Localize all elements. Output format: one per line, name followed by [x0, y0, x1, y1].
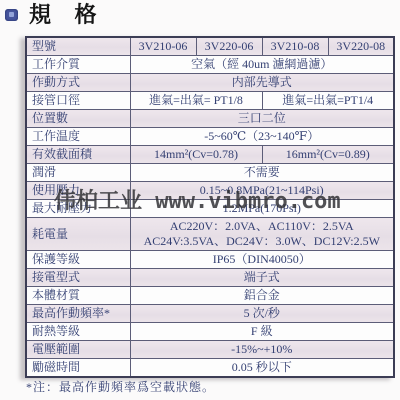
spec-row-label: 電壓範圍	[26, 341, 130, 359]
spec-row: 耗電量AC220V：2.0VA、AC110V：2.5VA AC24V:3.5VA…	[26, 218, 394, 251]
spec-row: 電壓範圍-15%~+10%	[26, 341, 394, 359]
spec-table: 型號3V210-063V220-063V210-083V220-08工作介質空氣…	[25, 36, 395, 378]
spec-row-label: 位置數	[26, 110, 130, 128]
spec-row: 使用壓力0.15~0.8MPa(21~114Psi)	[26, 182, 394, 200]
footnote: *注：最高作動頻率爲空載狀態。	[26, 378, 215, 395]
spec-row: 接管口徑進氣=出氣= PT1/8進氣=出氣=PT1/4	[26, 92, 394, 110]
spec-value-cell: -5~60℃（23~140℉）	[130, 128, 394, 146]
spec-value-cell: 3V220-08	[328, 37, 394, 56]
spec-row: 工作介質空氣（經 40um 濾網過濾）	[26, 56, 394, 74]
spec-value-cell: 3V210-08	[262, 37, 328, 56]
spec-row-label: 使用壓力	[26, 182, 130, 200]
spec-value-cell: 3V210-06	[130, 37, 196, 56]
section-bullet-icon	[5, 9, 18, 21]
spec-value-cell: 不需要	[130, 164, 394, 182]
section-title: 規 格	[29, 2, 106, 28]
section-header: 規 格	[5, 2, 106, 28]
spec-row: 耐熱等級F 級	[26, 323, 394, 341]
spec-row: 有效截面積14mm²(Cv=0.78)16mm²(Cv=0.89)	[26, 146, 394, 164]
spec-value-cell: 内部先導式	[130, 74, 394, 92]
spec-value-cell: 0.15~0.8MPa(21~114Psi)	[130, 182, 394, 200]
spec-row: 最大耐壓力1.2MPa(170Psi)	[26, 200, 394, 218]
spec-row-label: 作動方式	[26, 74, 130, 92]
spec-value-cell: 1.2MPa(170Psi)	[130, 200, 394, 218]
spec-row: 位置數三口二位	[26, 110, 394, 128]
spec-value-cell: 三口二位	[130, 110, 394, 128]
spec-row-label: 型號	[26, 37, 130, 56]
spec-row: 潤滑不需要	[26, 164, 394, 182]
spec-row-label: 有效截面積	[26, 146, 130, 164]
spec-row: 最高作動頻率*5 次/秒	[26, 305, 394, 323]
spec-row-label: 接管口徑	[26, 92, 130, 110]
spec-row-label: 耗電量	[26, 218, 130, 251]
spec-value-cell: F 級	[130, 323, 394, 341]
spec-row: 作動方式内部先導式	[26, 74, 394, 92]
spec-value-cell: 0.05 秒以下	[130, 359, 394, 378]
spec-value-cell: 5 次/秒	[130, 305, 394, 323]
spec-value-cell: 16mm²(Cv=0.89)	[262, 146, 394, 164]
spec-row-label: 保護等級	[26, 251, 130, 269]
spec-value-cell: 14mm²(Cv=0.78)	[130, 146, 262, 164]
spec-row-label: 最大耐壓力	[26, 200, 130, 218]
spec-value-cell: IP65（DIN40050）	[130, 251, 394, 269]
spec-value-cell: 鋁合金	[130, 287, 394, 305]
spec-row-label: 工作温度	[26, 128, 130, 146]
spec-value-cell: 3V220-06	[196, 37, 262, 56]
bullet-inner-square	[9, 12, 14, 17]
spec-row: 型號3V210-063V220-063V210-083V220-08	[26, 37, 394, 56]
spec-value-cell: AC220V：2.0VA、AC110V：2.5VA AC24V:3.5VA、DC…	[130, 218, 394, 251]
spec-row-label: 接電型式	[26, 269, 130, 287]
spec-row-label: 本體材質	[26, 287, 130, 305]
spec-value-cell: 端子式	[130, 269, 394, 287]
spec-row: 接電型式端子式	[26, 269, 394, 287]
catalog-page: 規 格 型號3V210-063V220-063V210-083V220-08工作…	[0, 0, 400, 400]
spec-value-cell: 空氣（經 40um 濾網過濾）	[130, 56, 394, 74]
spec-row: 工作温度-5~60℃（23~140℉）	[26, 128, 394, 146]
spec-value-cell: -15%~+10%	[130, 341, 394, 359]
spec-table-body: 型號3V210-063V220-063V210-083V220-08工作介質空氣…	[26, 37, 394, 377]
spec-row-label: 勵磁時間	[26, 359, 130, 378]
spec-row-label: 潤滑	[26, 164, 130, 182]
spec-row-label: 耐熱等級	[26, 323, 130, 341]
spec-value-cell: 進氣=出氣= PT1/8	[130, 92, 262, 110]
spec-row-label: 工作介質	[26, 56, 130, 74]
spec-row: 本體材質鋁合金	[26, 287, 394, 305]
spec-row: 勵磁時間0.05 秒以下	[26, 359, 394, 378]
spec-value-cell: 進氣=出氣=PT1/4	[262, 92, 394, 110]
spec-row: 保護等級IP65（DIN40050）	[26, 251, 394, 269]
spec-row-label: 最高作動頻率*	[26, 305, 130, 323]
